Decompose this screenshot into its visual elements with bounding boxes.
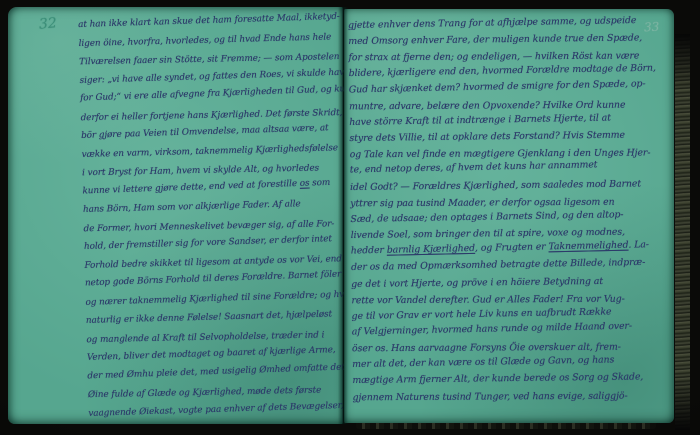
fore-edge-shadow bbox=[675, 34, 690, 430]
handwritten-text-right-page: gjette enhver dens Trang for at afhjælpe… bbox=[348, 14, 675, 406]
book-gutter-shadow bbox=[338, 7, 348, 424]
manuscript-page-left: 32 at han ikke klart kan skue det ham fo… bbox=[8, 7, 343, 424]
manuscript-line: ge det i vort Hjerte, og pröve i en höie… bbox=[351, 273, 673, 293]
manuscript-page-right: 33 gjette enhver dens Trang for at afhjæ… bbox=[344, 9, 674, 423]
page-number-32: 32 bbox=[38, 15, 57, 32]
handwritten-text-left-page: at han ikke klart kan skue det ham fores… bbox=[78, 9, 351, 423]
manuscript-line: mægtige Arm fjerner Alt, der kunde bered… bbox=[352, 369, 674, 389]
book-bottom-page-edges bbox=[356, 423, 656, 429]
manuscript-line: gjennem Naturens tusind Tunger, ved hans… bbox=[353, 388, 675, 406]
manuscript-line: idel Godt? — Forældres Kjærlighed, som s… bbox=[350, 176, 672, 196]
